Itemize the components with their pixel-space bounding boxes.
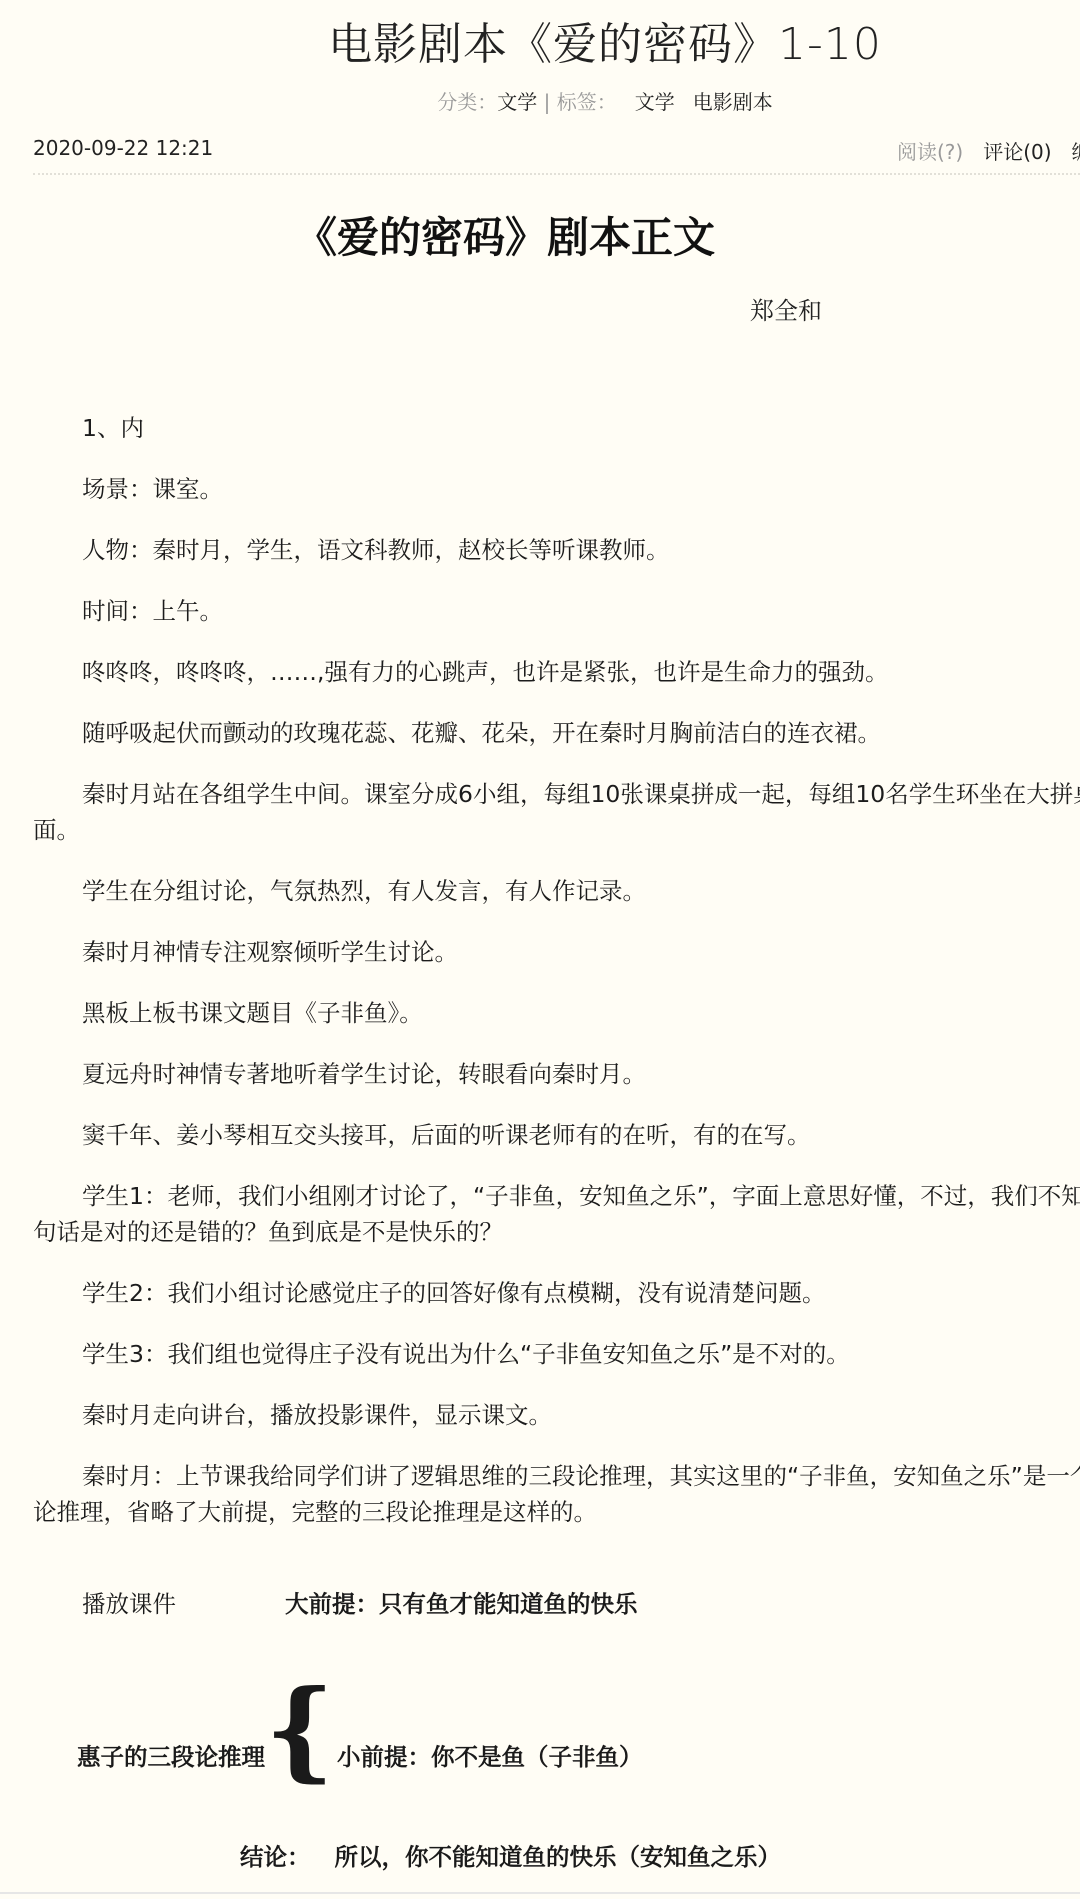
publish-date: 2020-09-22 12:21 — [33, 136, 213, 160]
author-name: 郑全和 — [750, 291, 822, 326]
paragraph: 时间：上午。 — [33, 593, 1080, 629]
paragraph: 学生在分组讨论，气氛热烈，有人发言，有人作记录。 — [33, 873, 1080, 909]
paragraph: 秦时月：上节课我给同学们讲了逻辑思维的三段论推理，其实这里的“子非鱼，安知鱼之乐… — [33, 1458, 1080, 1530]
paragraph: 秦时月神情专注观察倾听学生讨论。 — [33, 934, 1080, 970]
paragraph: 学生1：老师，我们小组刚才讨论了，“子非鱼，安知鱼之乐”，字面上意思好懂，不过，… — [33, 1178, 1080, 1250]
category-label: 分类： — [437, 90, 497, 114]
edit-link[interactable]: 编 — [1072, 140, 1080, 164]
conclusion-line: 结论：所以，你不能知道鱼的快乐（安知鱼之乐） — [240, 1838, 781, 1872]
paragraph: 随呼吸起伏而颤动的玫瑰花蕊、花瓣、花朵，开在秦时月胸前洁白的连衣裙。 — [33, 715, 1080, 751]
paragraph: 黑板上板书课文题目《子非鱼》。 — [33, 995, 1080, 1031]
category-link[interactable]: 文学 — [497, 90, 537, 114]
page-title: 电影剧本《爱的密码》1-10 — [0, 8, 1080, 72]
paragraph: 咚咚咚，咚咚咚，……,强有力的心跳声，也许是紧张，也许是生命力的强劲。 — [33, 654, 1080, 690]
curly-brace-icon: { — [265, 1676, 334, 1784]
major-premise: 大前提：只有鱼才能知道鱼的快乐 — [285, 1585, 638, 1619]
paragraph: 秦时月走向讲台，播放投影课件，显示课文。 — [33, 1397, 1080, 1433]
document-heading: 《爱的密码》剧本正文 — [295, 205, 715, 265]
syllogism-label: 惠子的三段论推理 — [77, 1738, 265, 1772]
paragraph: 学生2：我们小组讨论感觉庄子的回答好像有点模糊，没有说清楚问题。 — [33, 1275, 1080, 1311]
comment-link[interactable]: 评论(0) — [983, 140, 1051, 164]
minor-premise: 小前提：你不是鱼（子非鱼） — [337, 1738, 643, 1772]
paragraph: 学生3：我们组也觉得庄子没有说出为什么“子非鱼安知鱼之乐”是不对的。 — [33, 1336, 1080, 1372]
tag-link[interactable]: 文学 — [635, 90, 675, 114]
header-divider — [33, 173, 1080, 175]
scene-number: 1、内 — [33, 410, 1080, 446]
tag-link[interactable]: 电影剧本 — [693, 90, 773, 114]
paragraph: 秦时月站在各组学生中间。课室分成6小组，每组10张课桌拼成一起，每组10名学生环… — [33, 776, 1080, 848]
read-count: 阅读(?) — [897, 140, 963, 164]
courseware-line: 播放课件 大前提：只有鱼才能知道鱼的快乐 — [82, 1585, 176, 1619]
paragraph: 场景：课室。 — [33, 471, 1080, 507]
article-meta: 分类：文学 | 标签：文学电影剧本 — [0, 86, 1080, 115]
article-stats: 阅读(?)评论(0)编 — [897, 136, 1080, 165]
meta-separator: | — [537, 90, 556, 114]
courseware-label: 播放课件 — [82, 1590, 176, 1618]
article-body: 1、内 场景：课室。 人物：秦时月，学生，语文科教师，赵校长等听课教师。 时间：… — [33, 410, 1080, 1555]
paragraph: 人物：秦时月，学生，语文科教师，赵校长等听课教师。 — [33, 532, 1080, 568]
conclusion-text: 所以，你不能知道鱼的快乐（安知鱼之乐） — [335, 1843, 782, 1871]
conclusion-label: 结论： — [240, 1843, 311, 1871]
paragraph: 夏远舟时神情专著地听着学生讨论，转眼看向秦时月。 — [33, 1056, 1080, 1092]
tags-label: 标签： — [557, 90, 617, 114]
paragraph: 窦千年、姜小琴相互交头接耳，后面的听课老师有的在听，有的在写。 — [33, 1117, 1080, 1153]
bottom-divider — [0, 1892, 1080, 1894]
